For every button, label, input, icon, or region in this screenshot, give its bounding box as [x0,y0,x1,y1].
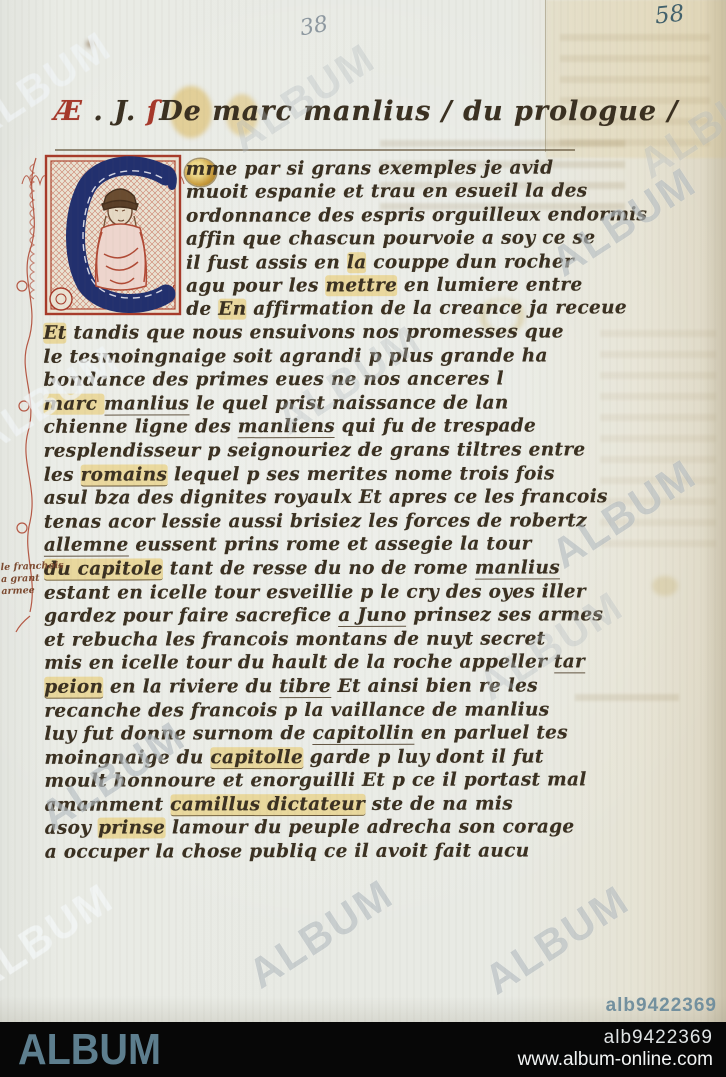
text-segment: chienne ligne des [44,417,238,439]
faint-stain [652,576,678,596]
manuscript-line: moingnaige du capitolle garde p luy dont… [44,745,608,770]
text-segment: affin que chascun pourvoie a soy ce se [186,228,595,250]
text-segment: couppe dun rocher [366,251,574,273]
album-watermark: ALBUM [476,876,638,1004]
text-segment: prinsez ses armes [406,604,603,626]
manuscript-line: Et tandis que nous ensuivons nos promess… [43,320,607,345]
manuscript-line: a occuper la chose publiq ce il avoit fa… [45,839,609,864]
text-segment: asul bza des dignites royaulx Et apres c… [44,486,608,508]
text-segment: De marc manlius / du prologue / [159,96,678,127]
text-segment: a occuper la chose publiq ce il avoit fa… [45,841,530,863]
text-segment: en parluel tes [414,722,568,743]
manuscript-line: agu pour les mettre en lumiere entre [186,273,647,298]
manuscript-line: allemne eussent prins rome et assegie la… [44,533,608,558]
text-segment: tar [554,652,585,674]
manuscript-line: du capitole tant de resse du no de rome … [44,556,608,581]
website-url[interactable]: www.album-online.com [518,1049,713,1071]
text-segment: en la riviere du [103,676,279,697]
manuscript-line: et rebucha les francois montans de nuyt … [44,627,608,652]
text-segment: il fust assis en [186,252,347,274]
text-segment: tibre [279,676,331,698]
text-segment: manlius [475,557,560,579]
manuscript-line: resplendisseur p seignouriez de grans ti… [44,438,608,463]
text-segment: affirmation de la creance ja receue [246,298,627,320]
text-segment: muoit espanie et trau en esueil la des [186,181,588,203]
text-segment: asoy [45,818,98,839]
text-segment: en lumiere entre [397,274,582,296]
text-segment: luy fut donne surnom de [44,723,312,745]
page-fold-line [545,0,546,152]
text-segment: recanche des francois p la vaillance de … [44,699,549,721]
text-segment: mme par si grans exemples je avid [186,158,554,180]
text-segment: garde p luy dont il fut [303,746,544,768]
text-segment: qui fu de trespade [335,416,536,438]
text-segment: les [44,464,81,485]
manuscript-line: bondance des primes eues ne nos anceres … [43,367,607,392]
paragraph-beside-initial: mme par si grans exemples je avidmuoit e… [186,156,648,321]
marginal-note-line: le franchois [0,560,63,574]
text-segment: capitolle [210,747,303,769]
text-segment: a Juno [338,605,406,627]
image-id: alb9422369 [604,1027,713,1049]
text-segment: marc [43,393,104,414]
manuscript-line: recanche des francois p la vaillance de … [44,698,608,723]
album-watermark: ALBUM [240,870,402,998]
marginal-note-line: armee [1,584,64,598]
manuscript-line: peion en la riviere du tibre Et ainsi bi… [44,674,608,699]
illuminated-initial-C [44,154,182,316]
text-segment: manlius [104,393,189,415]
text-segment: estant en icelle tour esveillie p le cry… [44,581,586,603]
text-segment: resplendisseur p seignouriez de grans ti… [44,439,586,461]
manuscript-line: affin que chascun pourvoie a soy ce se [186,226,647,251]
image-id-overlay: alb9422369 [606,995,717,1017]
text-segment: la [347,252,367,273]
text-segment: tenas acor lessie aussi brisiez les forc… [44,510,587,532]
text-segment: allemne [44,535,129,557]
text-segment: amamment [45,794,171,815]
text-segment: manliens [238,416,335,438]
manuscript-line: estant en icelle tour esveillie p le cry… [44,580,608,605]
text-segment: romains [81,464,168,486]
text-segment: gardez pour faire sacrefice [44,605,338,627]
text-segment: . J. [83,96,147,127]
bleedthrough-text [600,330,716,550]
manuscript-line: asul bza des dignites royaulx Et apres c… [44,485,608,510]
manuscript-line: il fust assis en la couppe dun rocher [186,250,647,275]
text-segment: tant de resse du no de rome [163,558,475,580]
manuscript-line: ordonnance des espris orguilleux endormi… [186,203,647,228]
body-text-block: Et tandis que nous ensuivons nos promess… [43,320,608,864]
text-segment: le quel prist naissance de lan [189,392,509,414]
stock-photo-frame: 38 58 Æ . J. ſDe marc manlius / du prolo… [0,0,726,1077]
text-segment: lequel p ses merites nome trois fois [167,463,555,485]
text-segment: eussent prins rome et assegie la tour [129,534,532,556]
text-segment: moingnaige du [44,747,210,768]
text-segment: En [218,299,246,320]
rubric-heading: Æ . J. ſDe marc manlius / du prologue / [54,96,678,127]
text-segment: peion [44,676,103,698]
text-segment: Et ainsi bien re les [331,675,538,697]
bleedthrough-text [560,34,710,146]
manuscript-line: chienne ligne des manliens qui fu de tre… [44,415,608,440]
text-segment: ſ [147,96,160,127]
manuscript-line: moult honnoure et enorguilli Et p ce il … [44,769,608,794]
manuscript-line: marc manlius le quel prist naissance de … [43,391,607,416]
text-segment: agu pour les [186,275,325,296]
album-watermark: ALBUM [0,22,120,150]
speck-stain [86,40,94,48]
text-segment: et rebucha les francois montans de nuyt … [44,628,545,650]
album-watermark: ALBUM [0,874,122,1002]
manuscript-line: les romains lequel p ses merites nome tr… [44,462,608,487]
text-segment: ordonnance des espris orguilleux endormi… [186,204,647,227]
manuscript-line: tenas acor lessie aussi brisiez les forc… [44,509,608,534]
text-segment: tandis que nous ensuivons nos promesses … [67,321,564,343]
text-segment: camillus dictateur [170,794,365,817]
manuscript-line: luy fut donne surnom de capitollin en pa… [44,721,608,746]
text-segment: de [186,299,218,320]
manuscript-line: le tesmoingnaige soit agrandi p plus gra… [43,344,607,369]
text-segment: Et [43,323,66,344]
text-segment: mis en icelle tour du hault de la roche … [44,652,554,674]
manuscript-line: mme par si grans exemples je avid [186,156,647,181]
manuscript-line: asoy prinse lamour du peuple adrecha son… [45,816,609,841]
folio-number-ink: 58 [654,1,686,30]
album-logo: ALBUM [18,1025,161,1075]
heading-rule [55,149,575,151]
text-segment: ste de na mis [365,793,513,814]
manuscript-line: mis en icelle tour du hault de la roche … [44,651,608,676]
manuscript-line: muoit espanie et trau en esueil la des [186,180,647,205]
text-segment: lamour du peuple adrecha son corage [165,817,574,839]
parchment-page: 38 58 Æ . J. ſDe marc manlius / du prolo… [0,0,726,1022]
footer-bar: ALBUM alb9422369 www.album-online.com [0,1022,726,1077]
text-segment: bondance des primes eues ne nos anceres … [43,369,503,391]
marginal-note: le franchoisa grantarmee [0,560,64,598]
text-segment: capitollin [313,723,415,745]
text-segment: mettre [325,275,397,296]
text-segment: le tesmoingnaige soit agrandi p plus gra… [43,345,547,367]
text-segment: Æ [54,96,83,127]
manuscript-line: gardez pour faire sacrefice a Juno prins… [44,603,608,628]
manuscript-line: de En affirmation de la creance ja receu… [186,297,647,322]
text-segment: prinse [98,818,165,839]
manuscript-line: amamment camillus dictateur ste de na mi… [45,792,609,817]
folio-number-pencil: 38 [298,12,330,41]
text-segment: moult honnoure et enorguilli Et p ce il … [44,770,586,792]
